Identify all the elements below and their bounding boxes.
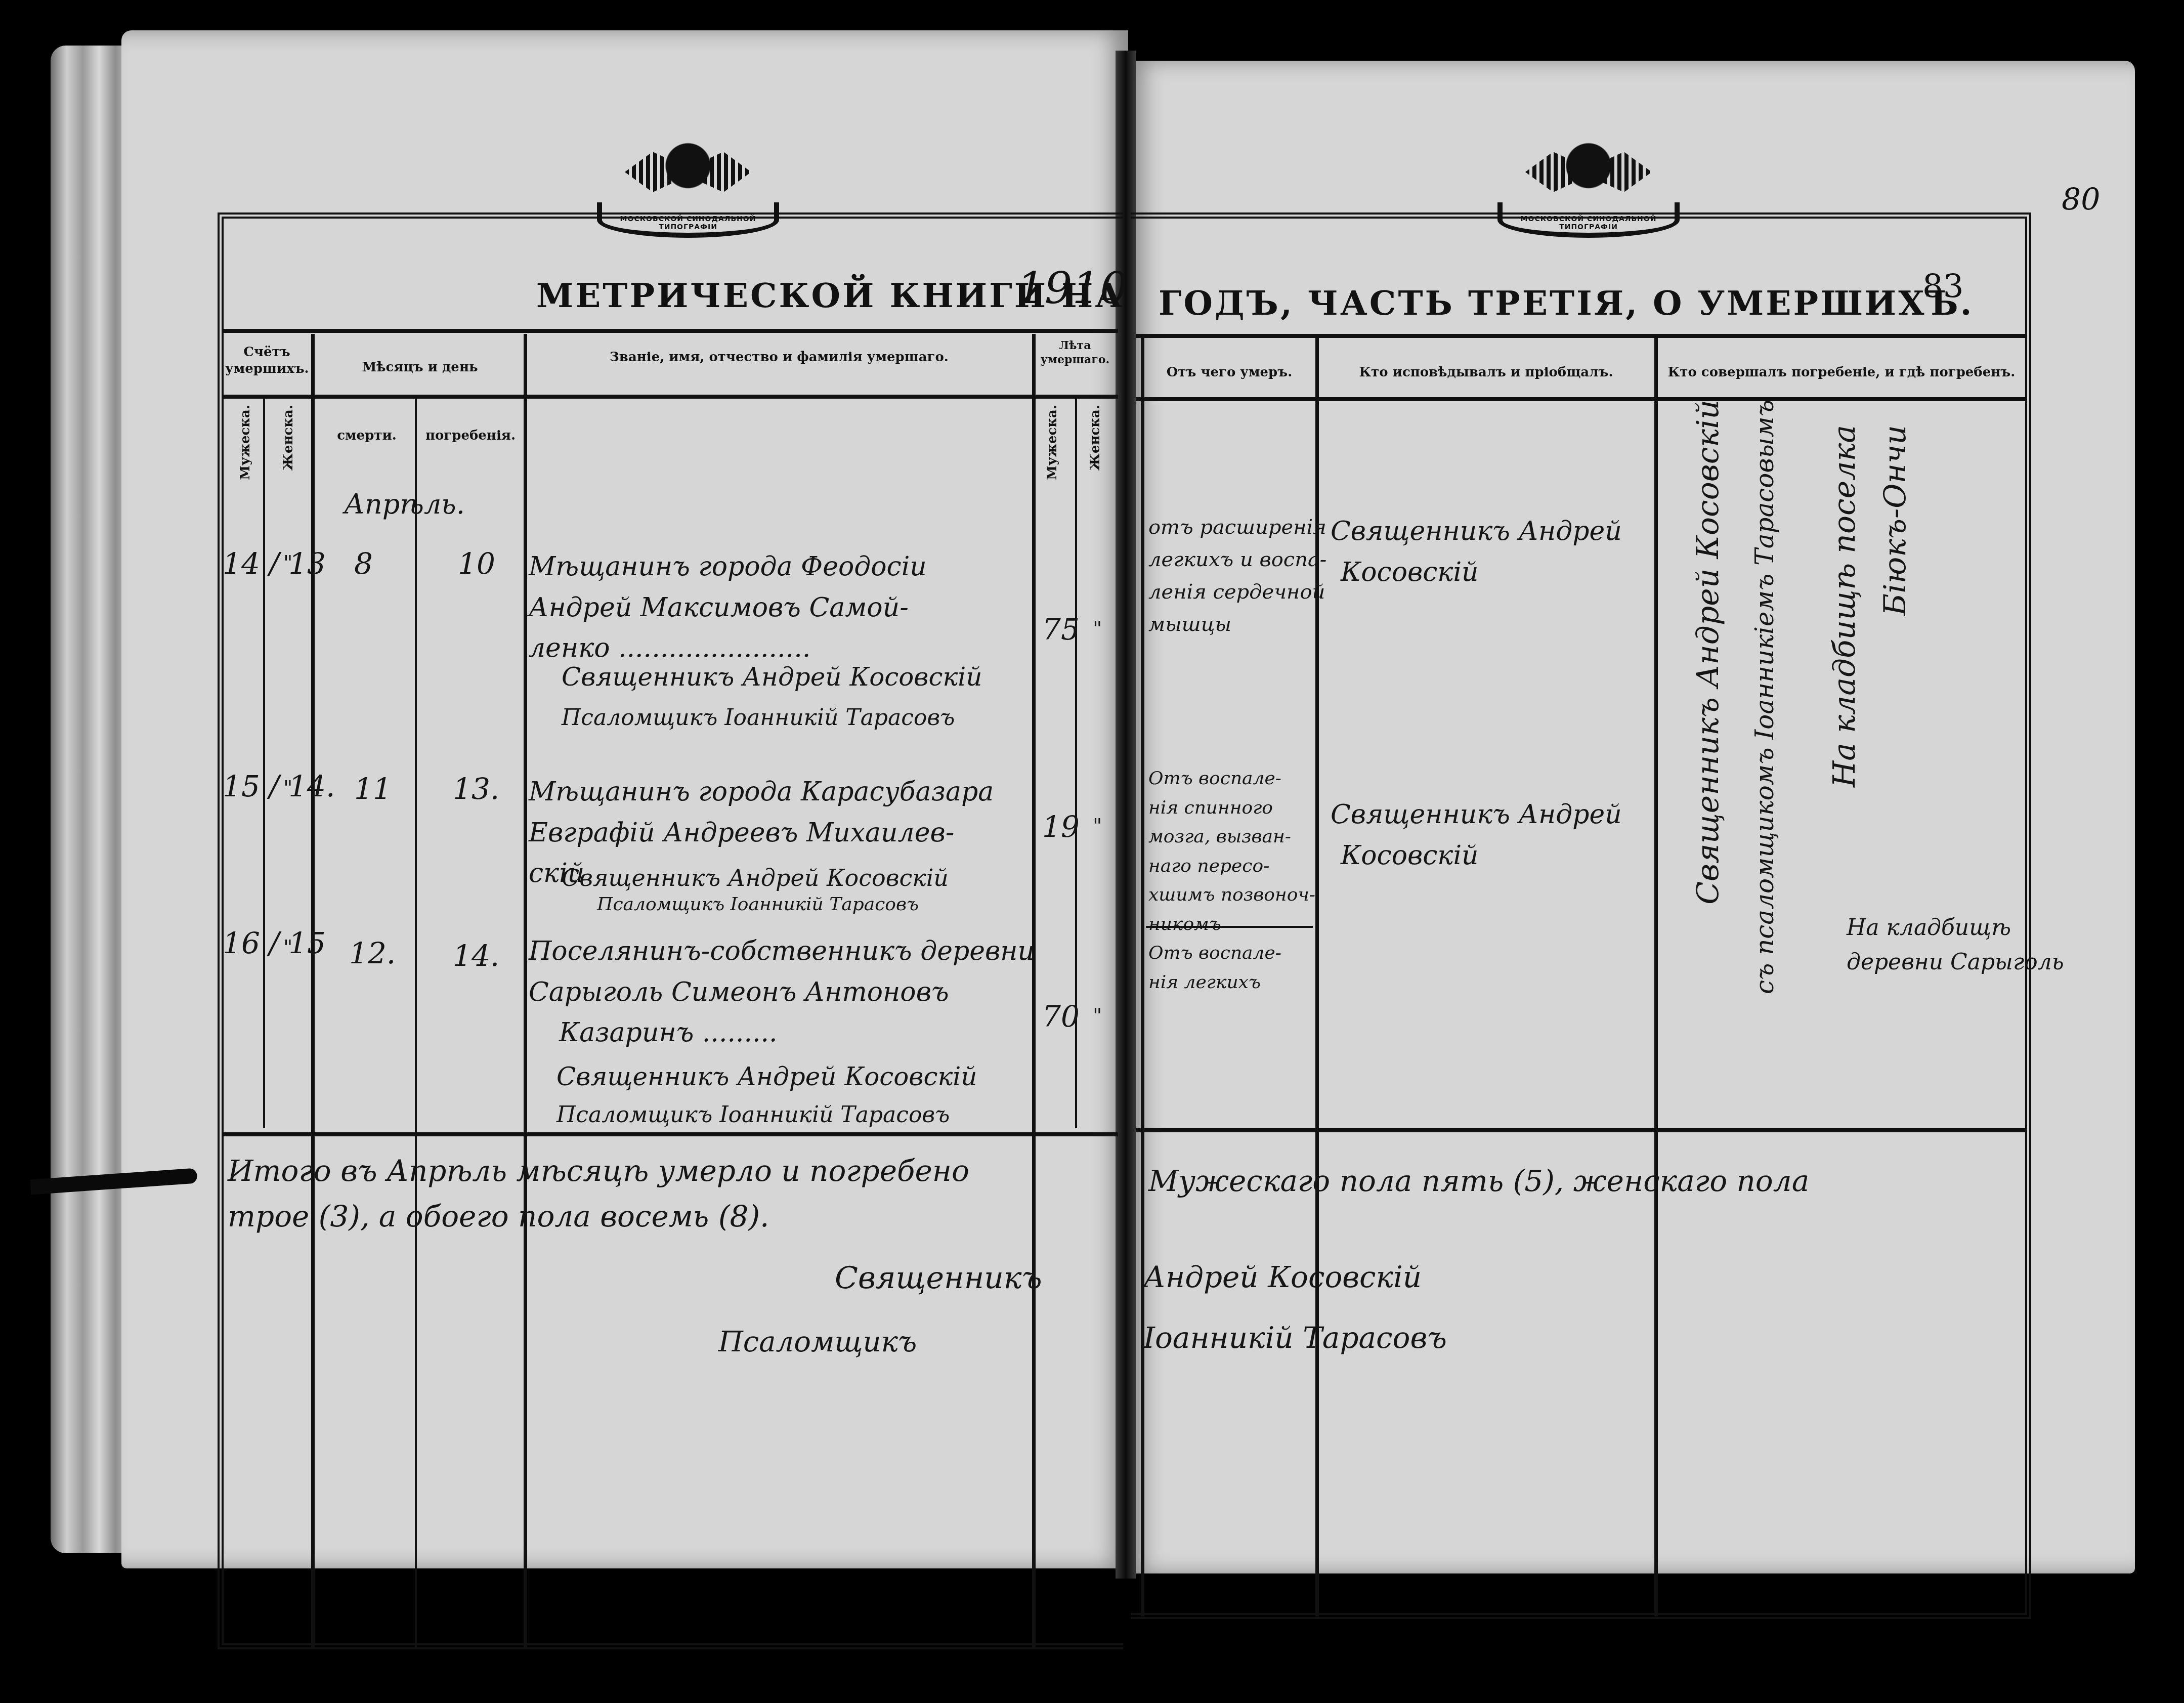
entry-1-count-male: 14 / 13 — [223, 546, 326, 581]
header-death: смерти. — [324, 428, 410, 444]
burial-place-vertical-2: Бiюкъ-Ончи — [1872, 425, 1919, 616]
entry-1-count-female: " — [283, 551, 292, 575]
page-title-right: ГОДЪ, ЧАСТЬ ТРЕТІЯ, О УМЕРШИХЪ. — [1159, 283, 1974, 323]
entry-1-age-female: " — [1093, 617, 1102, 641]
entry-2-count-male: 15 / 14. — [223, 769, 335, 803]
header-count: Счётъ умершихъ. — [225, 344, 309, 377]
header-age-female: Женска. — [1088, 405, 1103, 471]
entry-2-age-female: " — [1093, 815, 1102, 838]
burial-psalmist-vertical: съ псаломщикомъ Іоанникіемъ Тарасовымъ — [1745, 400, 1785, 994]
header-divider — [223, 395, 1118, 399]
entry-3-count-male: 16 / 15 — [223, 926, 326, 960]
entries-end-rule — [1136, 1128, 2026, 1132]
entry-2-burial-day: 13. — [453, 772, 499, 806]
column-divider — [263, 395, 265, 1128]
entry-3-age-female: " — [1093, 1004, 1102, 1028]
summary-line-2: трое (3), а обоего пола восемь (8). — [228, 1194, 769, 1240]
cause-separator — [1146, 926, 1313, 928]
header-rule — [223, 329, 1118, 333]
header-name: Званіе, имя, отчество и фамилія умершаго… — [531, 349, 1027, 366]
burial-priest-vertical: Священникъ Андрей Косовскій — [1685, 400, 1732, 905]
header-count-female: Женска. — [281, 405, 296, 471]
entry-3-priest-signature: Священникъ Андрей Косовскій — [556, 1057, 977, 1097]
entry-1-death-day: 8 — [354, 546, 373, 581]
column-divider — [1141, 336, 1144, 1616]
column-divider — [1654, 336, 1658, 1616]
header-burial: погребенія. — [420, 428, 521, 444]
entry-1-priest-signature: Священникъ Андрей Косовскій — [562, 658, 982, 697]
summary-priest-label: Священникъ — [835, 1255, 1042, 1302]
entry-1-cause: отъ расширенія легкихъ и воспа- ленія се… — [1148, 511, 1326, 641]
summary-psalmist-label: Псаломщикъ — [718, 1321, 917, 1365]
entry-2-psalmist-signature: Псаломщикъ Іоанникій Тарасовъ — [597, 890, 919, 919]
entry-1-name: Мѣщанинъ города Феодосіи Андрей Максимов… — [529, 546, 927, 669]
summary-priest-name: Андрей Косовскій — [1143, 1255, 1422, 1300]
column-divider — [415, 395, 417, 1649]
folio-number: 80 — [2062, 182, 2100, 218]
year-handwritten: 1910 — [1017, 263, 1128, 314]
burial-place-vertical-1: На кладбищѣ поселка — [1821, 425, 1868, 787]
header-cause: Отъ чего умеръ. — [1146, 364, 1313, 381]
entry-3-age-male: 70 — [1042, 999, 1080, 1034]
summary-line-1: Итого въ Апрѣль мѣсяцѣ умерло и погребен… — [228, 1148, 969, 1194]
entry-3-count-female: " — [283, 936, 292, 959]
entries-end-rule — [223, 1132, 1118, 1136]
entry-2-age-male: 19 — [1042, 810, 1080, 844]
entry-2-death-day: 11 — [354, 772, 392, 806]
summary-psalmist-name: Іоанникій Тарасовъ — [1143, 1315, 1447, 1361]
entry-3-psalmist-signature: Псаломщикъ Іоанникій Тарасовъ — [556, 1098, 950, 1132]
entry-1-psalmist-signature: Псаломщикъ Іоанникій Тарасовъ — [562, 701, 955, 735]
header-age-male: Мужеска. — [1045, 405, 1060, 480]
month-label: Апрѣль. — [344, 488, 465, 520]
entry-2-count-female: " — [283, 777, 292, 800]
double-headed-eagle-icon — [653, 132, 723, 207]
header-confessor: Кто исповѣдывалъ и пріобщалъ. — [1320, 364, 1652, 381]
header-age: Лѣта умершаго. — [1035, 339, 1116, 367]
column-divider — [311, 334, 315, 1649]
page-number: 83 — [1922, 268, 1963, 306]
summary-right-line-1: Мужескаго пола пять (5), женскаго пола — [1148, 1159, 1809, 1204]
entry-1-confessor: Священникъ Андрей Косовскій — [1331, 511, 1622, 592]
header-rule — [1136, 334, 2026, 338]
entry-1-burial-day: 10 — [458, 546, 495, 581]
burial-place-horizontal: На кладбищѣ деревни Сарыголь — [1847, 911, 2064, 980]
entry-3-death-day: 12. — [349, 936, 396, 970]
entry-3-cause: Отъ воспале- нія легкихъ — [1148, 939, 1281, 997]
entry-3-burial-day: 14. — [453, 939, 499, 973]
entry-2-confessor: Священникъ Андрей Косовскій — [1331, 794, 1622, 876]
entry-3-name: Поселянинъ-собственникъ деревни Сарыголь… — [529, 931, 1035, 1053]
header-count-male: Мужеска. — [238, 405, 253, 480]
entry-1-age-male: 75 — [1042, 612, 1080, 647]
header-burial-by: Кто совершалъ погребеніе, и гдѣ погребен… — [1659, 364, 2024, 381]
header-divider — [1136, 397, 2026, 401]
double-headed-eagle-icon — [1553, 132, 1624, 207]
entry-2-cause: Отъ воспале- нія спинного мозга, вызван-… — [1148, 764, 1315, 939]
column-divider — [524, 334, 527, 1649]
header-month-day: Мѣсяцъ и день — [319, 359, 521, 376]
book-page-edges — [51, 46, 132, 1553]
